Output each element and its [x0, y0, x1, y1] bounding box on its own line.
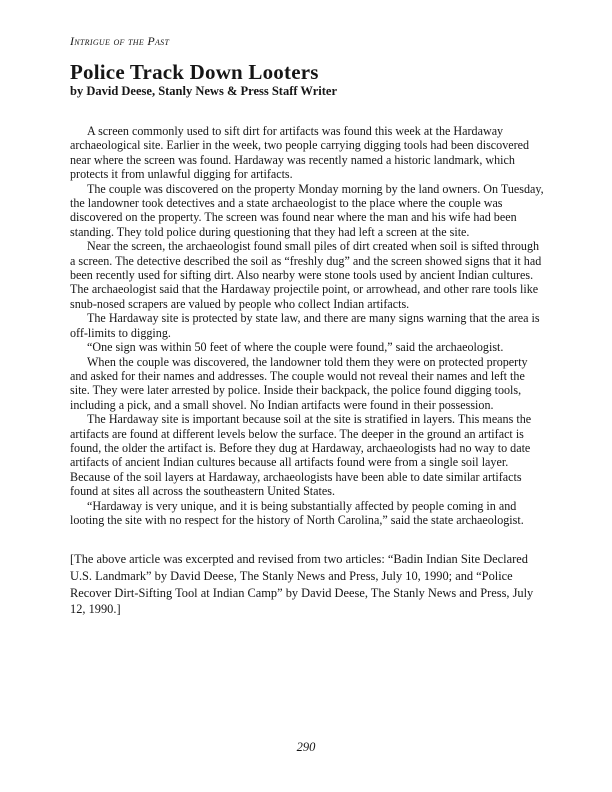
- article-paragraph: “One sign was within 50 feet of where th…: [70, 340, 544, 354]
- article-paragraph: The Hardaway site is protected by state …: [70, 311, 544, 340]
- article-body: A screen commonly used to sift dirt for …: [70, 124, 544, 527]
- article-byline: by David Deese, Stanly News & Press Staf…: [70, 84, 544, 98]
- page-number: 290: [0, 740, 612, 755]
- document-page: Intrigue of the Past Police Track Down L…: [0, 0, 612, 792]
- article-paragraph: The Hardaway site is important because s…: [70, 412, 544, 498]
- running-header: Intrigue of the Past: [70, 35, 544, 47]
- article-paragraph: A screen commonly used to sift dirt for …: [70, 124, 544, 182]
- article-paragraph: When the couple was discovered, the land…: [70, 355, 544, 413]
- article-title: Police Track Down Looters: [70, 61, 544, 83]
- article-paragraph: Near the screen, the archaeologist found…: [70, 239, 544, 311]
- source-note: [The above article was excerpted and rev…: [70, 551, 544, 617]
- article-paragraph: The couple was discovered on the propert…: [70, 182, 544, 240]
- article-paragraph: “Hardaway is very unique, and it is bein…: [70, 499, 544, 528]
